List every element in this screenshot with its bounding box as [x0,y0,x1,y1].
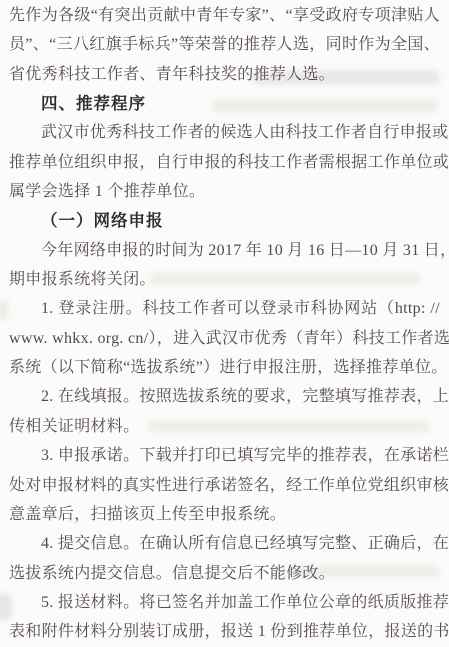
doc-line: 期申报系统将关闭。 [9,265,440,294]
doc-line: 传相关证明材料。 [9,412,440,441]
doc-line: 属学会选择 1 个推荐单位。 [9,177,440,206]
doc-line: 武汉市优秀科技工作者的候选人由科技工作者自行申报或由 [9,118,440,147]
doc-line: 2. 在线填报。按照选拔系统的要求，完整填写推荐表，上 [9,382,440,411]
doc-line: 先作为各级“有突出贡献中青年专家”、“享受政府专项津贴人 [9,1,440,30]
doc-line: 系统（以下简称“选拔系统”）进行申报注册，选择推荐单位。 [9,353,440,382]
scan-artifact [0,300,9,320]
doc-line: 处对申报材料的真实性进行承诺签名，经工作单位党组织审核同 [9,471,440,500]
doc-line: 选拔系统内提交信息。信息提交后不能修改。 [9,559,440,588]
doc-line: www. whkx. org. cn/），进入武汉市优秀（青年）科技工作者选拔 [9,324,440,353]
section-heading: 四、推荐程序 [9,89,440,118]
doc-line: 4. 提交信息。在确认所有信息已经填写完整、正确后，在 [9,529,440,558]
doc-line: 意盖章后，扫描该页上传至申报系统。 [9,500,440,529]
doc-line: 省优秀科技工作者、青年科技奖的推荐人选。 [9,60,440,89]
doc-line: 员”、“三八红旗手标兵”等荣誉的推荐人选，同时作为全国、 [9,30,440,59]
doc-line: 3. 申报承诺。下载并打印已填写完毕的推荐表，在承诺栏 [9,441,440,470]
doc-line: 1. 登录注册。科技工作者可以登录市科协网站（http: // [9,294,440,323]
doc-line: 推荐单位组织申报，自行申报的科技工作者需根据工作单位或所 [9,148,440,177]
doc-line: 今年网络申报的时间为 2017 年 10 月 16 日—10 月 31 日，逾 [9,236,440,265]
doc-line: 5. 报送材料。将已签名并加盖工作单位公章的纸质版推荐 [9,588,440,617]
doc-line: 表和附件材料分别装订成册，报送 1 份到推荐单位，报送的书面 [9,617,440,646]
section-heading: （一）网络申报 [9,206,440,235]
document-page: 先作为各级“有突出贡献中青年专家”、“享受政府专项津贴人 员”、“三八红旗手标兵… [0,0,449,647]
